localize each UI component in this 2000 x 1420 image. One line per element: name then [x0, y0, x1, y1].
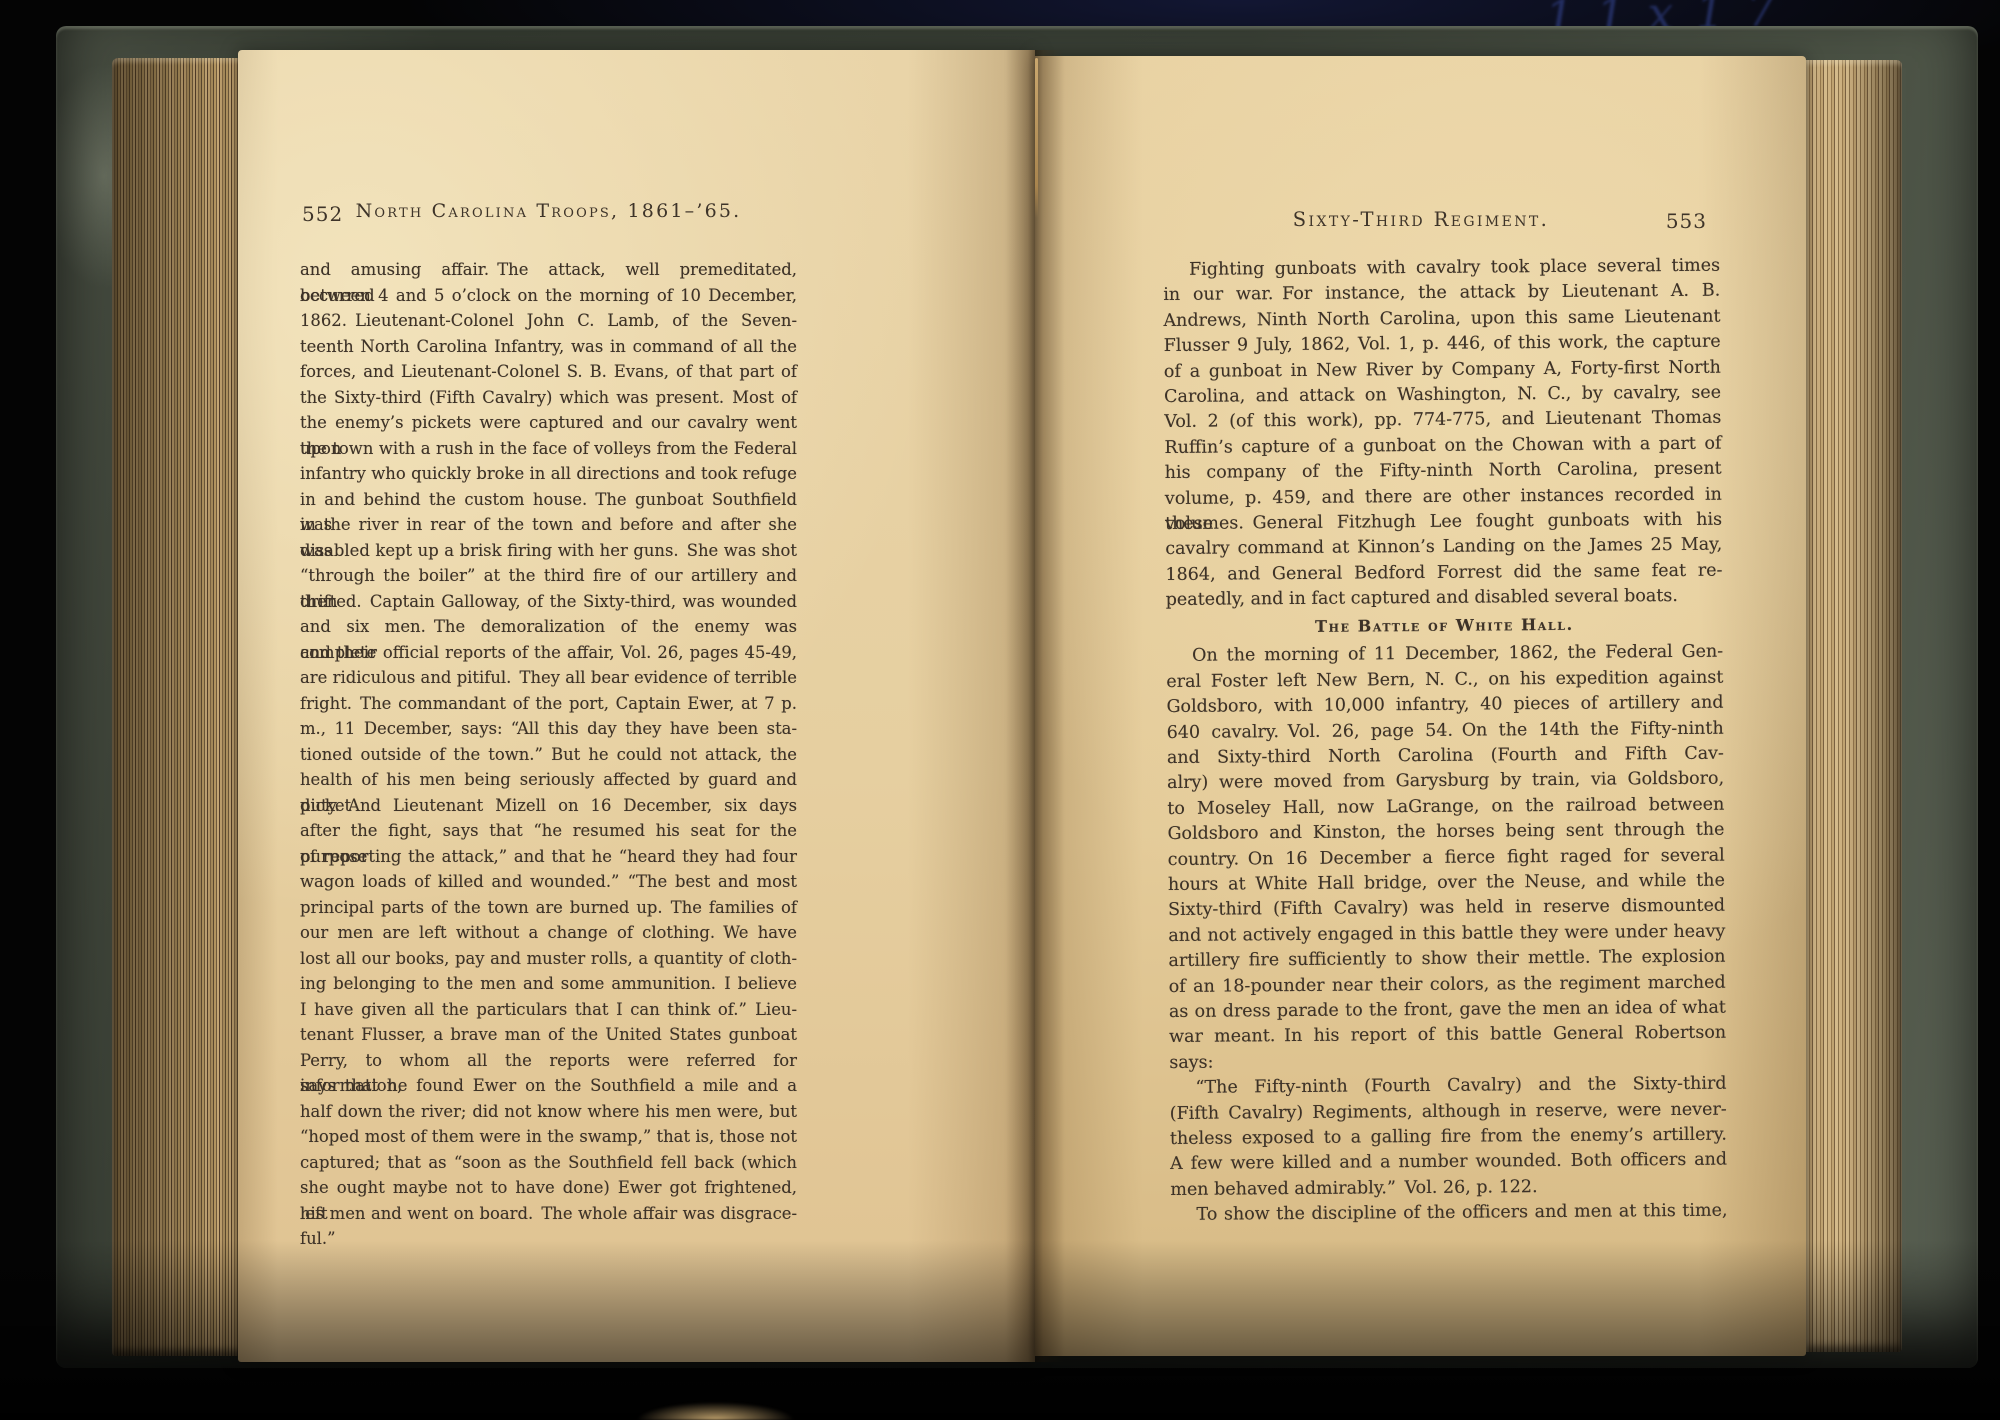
text-line: disabled kept up a brisk firing with her… [300, 538, 797, 564]
text-line: Perry, to whom all the reports were refe… [300, 1048, 797, 1074]
text-line: and amusing affair. The attack, well pre… [300, 257, 797, 283]
bottom-page-edge-highlight [628, 1396, 803, 1420]
text-line: lost all our books, pay and muster rolls… [300, 946, 797, 972]
text-line: between 4 and 5 o’clock on the morning o… [300, 283, 797, 309]
text-line: tioned outside of the town.” But he coul… [300, 742, 797, 768]
text-line: in and behind the custom house. The gunb… [300, 487, 797, 513]
text-line: of reporting the attack,” and that he “h… [300, 844, 797, 870]
text-line: ful.” [300, 1226, 797, 1252]
section-heading: The Battle of White Hall. [1166, 614, 1723, 638]
text-line: and their official reports of the affair… [300, 640, 797, 666]
text-line: his company of the Fifty-ninth North Car… [1165, 457, 1722, 487]
text-line: peatedly, and in fact captured and disab… [1166, 584, 1723, 614]
right-page-stack [1806, 60, 1902, 1352]
photo-background: 11x17 552 North Carolina Troops, 1861–’6… [0, 0, 2000, 1420]
running-head-right: Sixty-Third Regiment. [1135, 208, 1707, 231]
text-line: Flusser 9 July, 1862, Vol. 1, p. 446, of… [1164, 330, 1721, 360]
text-line: forces, and Lieutenant-Colonel S. B. Eva… [300, 359, 797, 385]
left-page-header: 552 North Carolina Troops, 1861–’65. [300, 200, 797, 228]
book-gutter-shadow [1006, 50, 1064, 1362]
text-line: A few were killed and a number wounded. … [1170, 1148, 1727, 1178]
running-head-left: North Carolina Troops, 1861–’65. [300, 200, 797, 222]
text-line: Vol. 2 (of this work), pp. 774-775, and … [1164, 406, 1721, 436]
text-line: 1862. Lieutenant-Colonel John C. Lamb, o… [300, 308, 797, 334]
text-line: Goldsboro, with 10,000 infantry, 40 piec… [1166, 691, 1723, 721]
text-line: his men and went on board. The whole aff… [300, 1201, 797, 1227]
text-line: principal parts of the town are burned u… [300, 895, 797, 921]
right-page-text: Fighting gunboats with cavalry took plac… [1163, 254, 1728, 1229]
text-line: drifted. Captain Galloway, of the Sixty-… [300, 589, 797, 615]
text-line: the Sixty-third (Fifth Cavalry) which wa… [300, 385, 797, 411]
text-line: war meant. In his report of this battle … [1169, 1021, 1726, 1051]
text-line: To show the discipline of the officers a… [1170, 1199, 1727, 1229]
text-line: says that he found Ewer on the Southfiel… [300, 1073, 797, 1099]
text-line: health of his men being seriously affect… [300, 767, 797, 793]
text-line: the enemy’s pickets were captured and ou… [300, 410, 797, 436]
text-line: the town with a rush in the face of voll… [300, 436, 797, 462]
text-line: wagon loads of killed and wounded.” “The… [300, 869, 797, 895]
text-line: captured; that as “soon as the Southfiel… [300, 1150, 797, 1176]
text-line: teenth North Carolina Infantry, was in c… [300, 334, 797, 360]
text-line: Goldsboro and Kinston, the horses being … [1167, 818, 1724, 848]
text-line: I have given all the particulars that I … [300, 997, 797, 1023]
page-number-right: 553 [1666, 209, 1707, 233]
text-line: infantry who quickly broke in all direct… [300, 461, 797, 487]
text-line: she ought maybe not to have done) Ewer g… [300, 1175, 797, 1201]
text-line: are ridiculous and pitiful. They all bea… [300, 665, 797, 691]
left-page-text: and amusing affair. The attack, well pre… [300, 257, 797, 1252]
text-line: “hoped most of them were in the swamp,” … [300, 1124, 797, 1150]
text-line: ing belonging to the men and some ammuni… [300, 971, 797, 997]
text-line: after the fight, says that “he resumed h… [300, 818, 797, 844]
text-line: in the river in rear of the town and bef… [300, 512, 797, 538]
text-line: duty. And Lieutenant Mizell on 16 Decemb… [300, 793, 797, 819]
text-line: our men are left without a change of clo… [300, 920, 797, 946]
text-line: tenant Flusser, a brave man of the Unite… [300, 1022, 797, 1048]
text-line: and six men. The demoralization of the e… [300, 614, 797, 640]
text-line: m., 11 December, says: “All this day the… [300, 716, 797, 742]
text-line: cavalry command at Kinnon’s Landing on t… [1165, 533, 1722, 563]
text-line: artillery fire sufficiently to show thei… [1168, 945, 1725, 975]
text-line: “through the boiler” at the third fire o… [300, 563, 797, 589]
text-line: fright. The commandant of the port, Capt… [300, 691, 797, 717]
text-line: half down the river; did not know where … [300, 1099, 797, 1125]
text-line: “The Fifty-ninth (Fourth Cavalry) and th… [1169, 1072, 1726, 1102]
right-page-header: Sixty-Third Regiment. 553 [1135, 208, 1707, 236]
